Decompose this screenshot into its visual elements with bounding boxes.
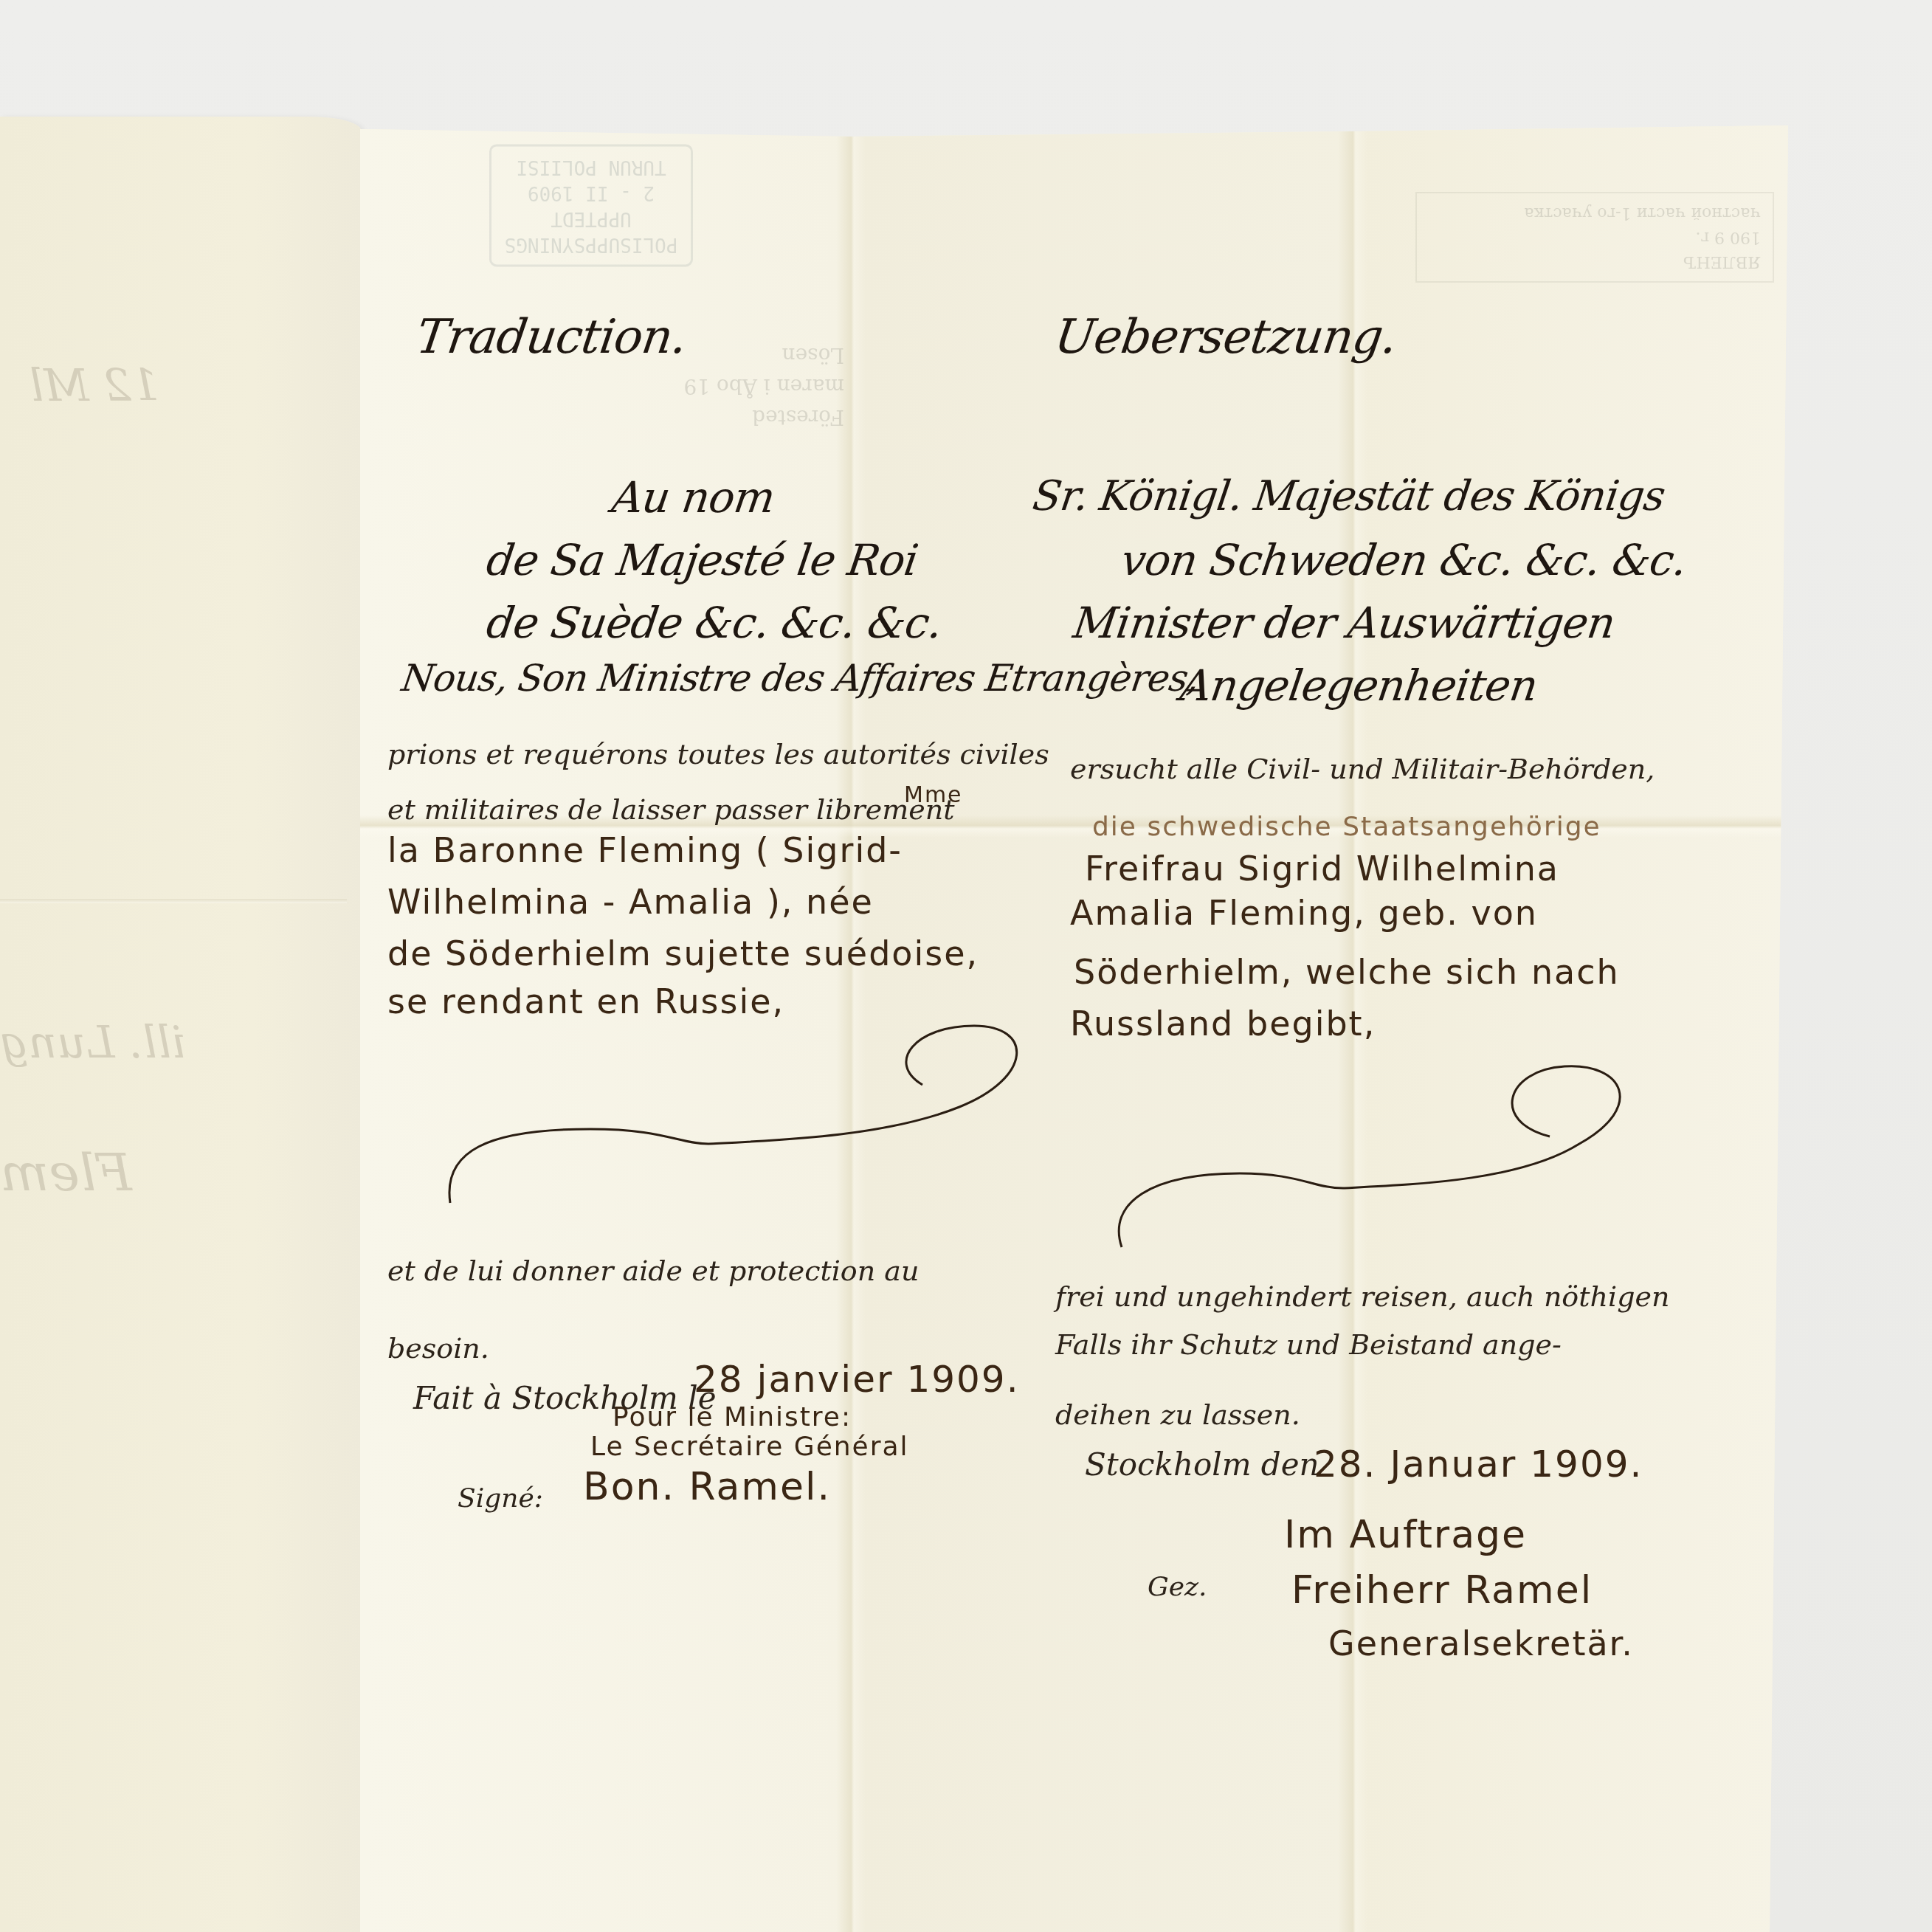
german-invocation-line: von Schweden &c. &c. &c. [1118, 535, 1689, 585]
french-request-line: prions et requérons toutes les autorités… [387, 738, 1049, 770]
german-place-label: Stockholm den [1085, 1446, 1319, 1483]
bleed-through-mark: ill. Lung [0, 1017, 185, 1069]
french-invocation-line: de Sa Majesté le Roi [483, 535, 921, 585]
french-signed-label: Signé: [458, 1483, 543, 1514]
german-issuer-line: Minister der Auswärtigen [1070, 598, 1618, 648]
german-closing-line: deihen zu lassen. [1055, 1398, 1300, 1431]
french-signature-line: Pour le Ministre: [613, 1402, 852, 1432]
french-signature-line: Le Secrétaire Général [590, 1432, 909, 1462]
handwritten-name-line: die schwedische Staatsangehörige [1092, 812, 1601, 842]
handwritten-name-line: Amalia Fleming, geb. von [1070, 893, 1538, 933]
handwritten-name-line: Söderhielm, welche sich nach [1074, 952, 1620, 992]
handwritten-name-line: se rendant en Russie, [387, 981, 784, 1021]
german-invocation-line: Sr. Königl. Majestät des Königs [1029, 472, 1667, 520]
handwritten-name-line: la Baronne Fleming ( Sigrid- [387, 830, 903, 870]
german-heading: Uebersetzung. [1052, 310, 1401, 365]
bleed-through-print: Förested maren i Åbo 19 Lösen [663, 332, 856, 440]
bleed-through-mark: Flem [0, 1142, 132, 1203]
german-handwritten-date: 28. Januar 1909. [1314, 1443, 1643, 1486]
flourish-ornament [443, 1018, 1048, 1210]
registration-stamp: ЯВЛЕНЪ 190 9 г. частной части 1-го участ… [1415, 192, 1774, 283]
handwritten-name-line: de Söderhielm sujette suédoise, [387, 934, 979, 973]
handwritten-title: Mme [904, 782, 963, 808]
handwritten-name-line: Wilhelmina - Amalia ), née [387, 882, 874, 922]
german-issuer-line: Angelegenheiten [1177, 660, 1540, 711]
german-closing-line: Falls ihr Schutz und Beistand ange- [1055, 1328, 1562, 1361]
fold-crease [0, 899, 347, 903]
left-folded-flap: 12 Ml ill. Lung Flem [0, 117, 362, 1932]
french-request-line: et militaires de laisser passer libremen… [387, 793, 955, 826]
handwritten-name-line: Russland begibt, [1070, 1004, 1376, 1043]
german-signature-name: Freiherr Ramel [1291, 1568, 1593, 1612]
french-issuer: Nous, Son Ministre des Affaires Etrangèr… [399, 657, 1201, 700]
french-heading: Traduction. [413, 310, 690, 365]
flourish-ornament [1107, 1063, 1668, 1255]
german-signature-title: Generalsekretär. [1328, 1624, 1634, 1663]
french-closing-line: besoin. [387, 1332, 489, 1365]
bleed-through-mark: 12 Ml [30, 360, 159, 412]
german-signed-label: Gez. [1148, 1572, 1207, 1602]
handwritten-name-line: Freifrau Sigrid Wilhelmina [1085, 849, 1559, 889]
french-closing-line: et de lui donner aide et protection au [387, 1255, 919, 1287]
police-stamp: POLISUPPSYNINGS UPPTEDT 2 - II 1909 TURU… [489, 144, 693, 266]
german-request-line: ersucht alle Civil- und Militair-Behörde… [1070, 753, 1655, 785]
french-invocation-line: de Suède &c. &c. &c. [483, 598, 945, 648]
german-signature-line: Im Auftrage [1284, 1513, 1527, 1557]
french-invocation-line: Au nom [609, 472, 778, 522]
german-closing-line: frei und ungehindert reisen, auch nöthig… [1055, 1280, 1669, 1313]
french-signature-name: Bon. Ramel. [583, 1465, 831, 1509]
french-handwritten-date: 28 janvier 1909. [694, 1358, 1020, 1401]
